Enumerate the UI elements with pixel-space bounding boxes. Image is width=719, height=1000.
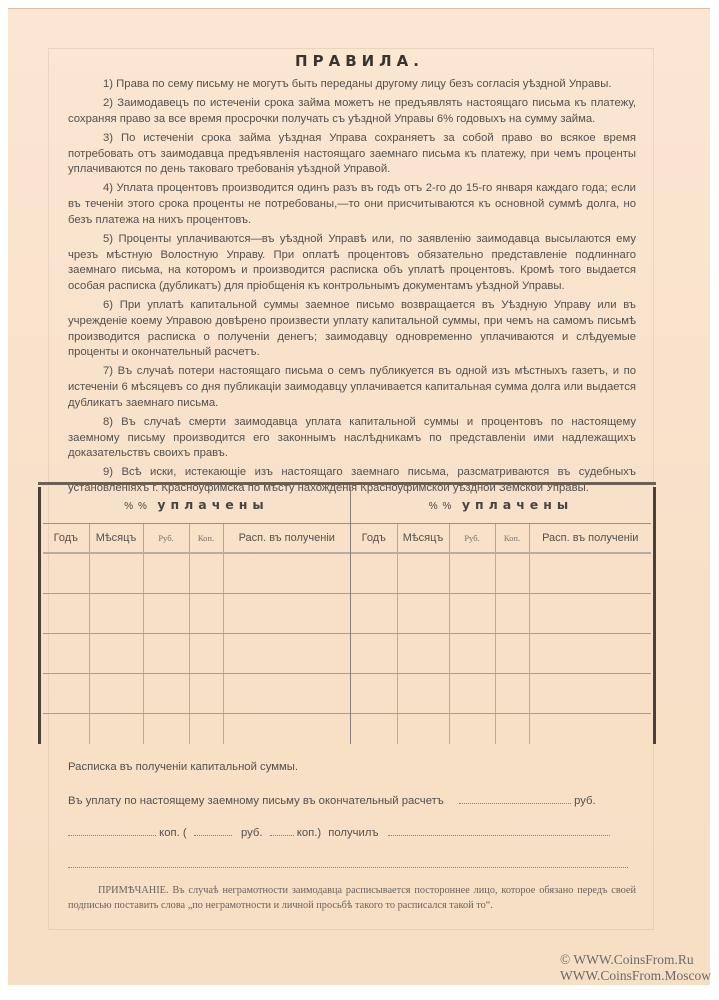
table-row [351, 714, 651, 745]
table-row [351, 674, 651, 714]
cell[interactable] [189, 634, 223, 674]
col-kop: Коп. [495, 524, 529, 553]
kop-open-label: коп. ( [159, 827, 187, 839]
table-half-left: % % уплачены Годъ Мѣсяцъ Руб. Коп. Расп.… [43, 487, 351, 744]
watermark: © WWW.CoinsFrom.Ru WWW.CoinsFrom.Moscow [560, 952, 711, 984]
cell[interactable] [397, 594, 449, 634]
signature-field[interactable] [388, 826, 610, 836]
rule-6: 6) При уплатѣ капитальной суммы заемное … [68, 298, 636, 361]
table-half-right: % % уплачены Годъ Мѣсяцъ Руб. Коп. Расп.… [351, 487, 651, 744]
cell[interactable] [43, 714, 89, 745]
document-title: ПРАВИЛА. [0, 52, 719, 70]
cell[interactable] [351, 594, 397, 634]
cell[interactable] [351, 714, 397, 745]
cell[interactable] [351, 634, 397, 674]
cell[interactable] [529, 594, 651, 634]
cell[interactable] [189, 594, 223, 634]
payments-grid-right: Годъ Мѣсяцъ Руб. Коп. Расп. въ полученіи [351, 524, 651, 744]
cell[interactable] [529, 674, 651, 714]
col-year: Годъ [351, 524, 397, 553]
cell[interactable] [189, 553, 223, 594]
footnote: ПРИМѢЧАНІЕ. Въ случаѣ неграмотности заим… [68, 883, 636, 913]
rule-3: 3) По истеченіи срока займа уѣздная Упра… [68, 131, 636, 178]
amount-kop-field[interactable] [68, 826, 156, 836]
rule-5: 5) Проценты уплачиваются—въ уѣздной Упра… [68, 232, 636, 295]
table-half-title: % % уплачены [43, 487, 350, 524]
table-half-title: % % уплачены [351, 487, 651, 524]
cell[interactable] [351, 674, 397, 714]
words-rub-field[interactable] [194, 826, 232, 836]
cell[interactable] [529, 553, 651, 594]
kop-close-label: коп.) [297, 827, 321, 839]
cell[interactable] [397, 553, 449, 594]
cell[interactable] [495, 674, 529, 714]
cell[interactable] [397, 634, 449, 674]
col-receipt: Расп. въ полученіи [223, 524, 350, 553]
cell[interactable] [495, 634, 529, 674]
cell[interactable] [223, 714, 350, 745]
col-rub: Руб. [143, 524, 189, 553]
cell[interactable] [89, 634, 143, 674]
table-row [43, 634, 350, 674]
cell[interactable] [189, 674, 223, 714]
cell[interactable] [397, 674, 449, 714]
rule-1: 1) Права по сему письму не могутъ быть п… [68, 77, 636, 93]
table-row [43, 714, 350, 745]
cell[interactable] [143, 634, 189, 674]
table-left-rule [38, 487, 41, 744]
cell[interactable] [449, 634, 495, 674]
table-row [351, 634, 651, 674]
table-row [351, 553, 651, 594]
header-row: Годъ Мѣсяцъ Руб. Коп. Расп. въ полученіи [43, 524, 350, 553]
table-right-rule [653, 487, 656, 744]
cell[interactable] [449, 553, 495, 594]
watermark-line-2: WWW.CoinsFrom.Moscow [560, 968, 711, 984]
cell[interactable] [143, 714, 189, 745]
cell[interactable] [529, 714, 651, 745]
cell[interactable] [351, 553, 397, 594]
paid-label: уплачены [462, 497, 573, 512]
cell[interactable] [89, 553, 143, 594]
payments-grid-left: Годъ Мѣсяцъ Руб. Коп. Расп. въ полученіи [43, 524, 350, 744]
rub-label-2: руб. [241, 827, 263, 839]
signature-continuation-field[interactable] [68, 858, 628, 868]
cell[interactable] [43, 634, 89, 674]
receipt-heading: Расписка въ полученіи капитальной суммы. [68, 761, 634, 773]
cell[interactable] [397, 714, 449, 745]
cell[interactable] [495, 714, 529, 745]
rule-7: 7) Въ случаѣ потери настоящаго письма о … [68, 364, 636, 411]
footnote-label: ПРИМѢЧАНІЕ. [98, 885, 169, 896]
receipt-line-1: Въ уплату по настоящему заемному письму … [68, 794, 634, 807]
interest-payments-table: % % уплачены Годъ Мѣсяцъ Руб. Коп. Расп.… [38, 482, 656, 744]
amount-rub-field[interactable] [459, 794, 571, 804]
cell[interactable] [449, 714, 495, 745]
cell[interactable] [189, 714, 223, 745]
cell[interactable] [143, 553, 189, 594]
percent-sign: % % [429, 501, 453, 512]
table-row [43, 594, 350, 634]
col-rub: Руб. [449, 524, 495, 553]
cell[interactable] [529, 634, 651, 674]
receipt-line-1-text: Въ уплату по настоящему заемному письму … [68, 795, 444, 807]
rules-list: 1) Права по сему письму не могутъ быть п… [68, 77, 636, 500]
rub-label: руб. [574, 795, 596, 807]
watermark-line-1: © WWW.CoinsFrom.Ru [560, 952, 711, 968]
cell[interactable] [43, 594, 89, 634]
words-kop-field[interactable] [270, 826, 294, 836]
cell[interactable] [223, 674, 350, 714]
cell[interactable] [43, 674, 89, 714]
cell[interactable] [89, 714, 143, 745]
cell[interactable] [223, 594, 350, 634]
header-row: Годъ Мѣсяцъ Руб. Коп. Расп. въ полученіи [351, 524, 651, 553]
rule-2: 2) Заимодавецъ по истеченіи срока займа … [68, 96, 636, 127]
table-row [43, 553, 350, 594]
cell[interactable] [223, 553, 350, 594]
cell[interactable] [89, 594, 143, 634]
paid-label: уплачены [157, 497, 268, 512]
received-label: получилъ [328, 827, 378, 839]
cell[interactable] [223, 634, 350, 674]
col-year: Годъ [43, 524, 89, 553]
percent-sign: % % [124, 501, 148, 512]
cell[interactable] [89, 674, 143, 714]
cell[interactable] [449, 674, 495, 714]
receipt-line-3 [68, 858, 634, 871]
receipt-line-2: коп. ( руб. коп.) получилъ [68, 826, 634, 839]
table-row [351, 594, 651, 634]
table-top-rule [38, 482, 656, 485]
col-kop: Коп. [189, 524, 223, 553]
rule-8: 8) Въ случаѣ смерти заимодавца уплата ка… [68, 415, 636, 462]
cell[interactable] [43, 553, 89, 594]
col-month: Мѣсяцъ [397, 524, 449, 553]
cell[interactable] [495, 553, 529, 594]
table-row [43, 674, 350, 714]
rule-4: 4) Уплата процентовъ производится одинъ … [68, 181, 636, 228]
footnote-paragraph: ПРИМѢЧАНІЕ. Въ случаѣ неграмотности заим… [68, 883, 636, 913]
col-receipt: Расп. въ полученіи [529, 524, 651, 553]
cell[interactable] [143, 674, 189, 714]
cell[interactable] [143, 594, 189, 634]
cell[interactable] [449, 594, 495, 634]
col-month: Мѣсяцъ [89, 524, 143, 553]
cell[interactable] [495, 594, 529, 634]
